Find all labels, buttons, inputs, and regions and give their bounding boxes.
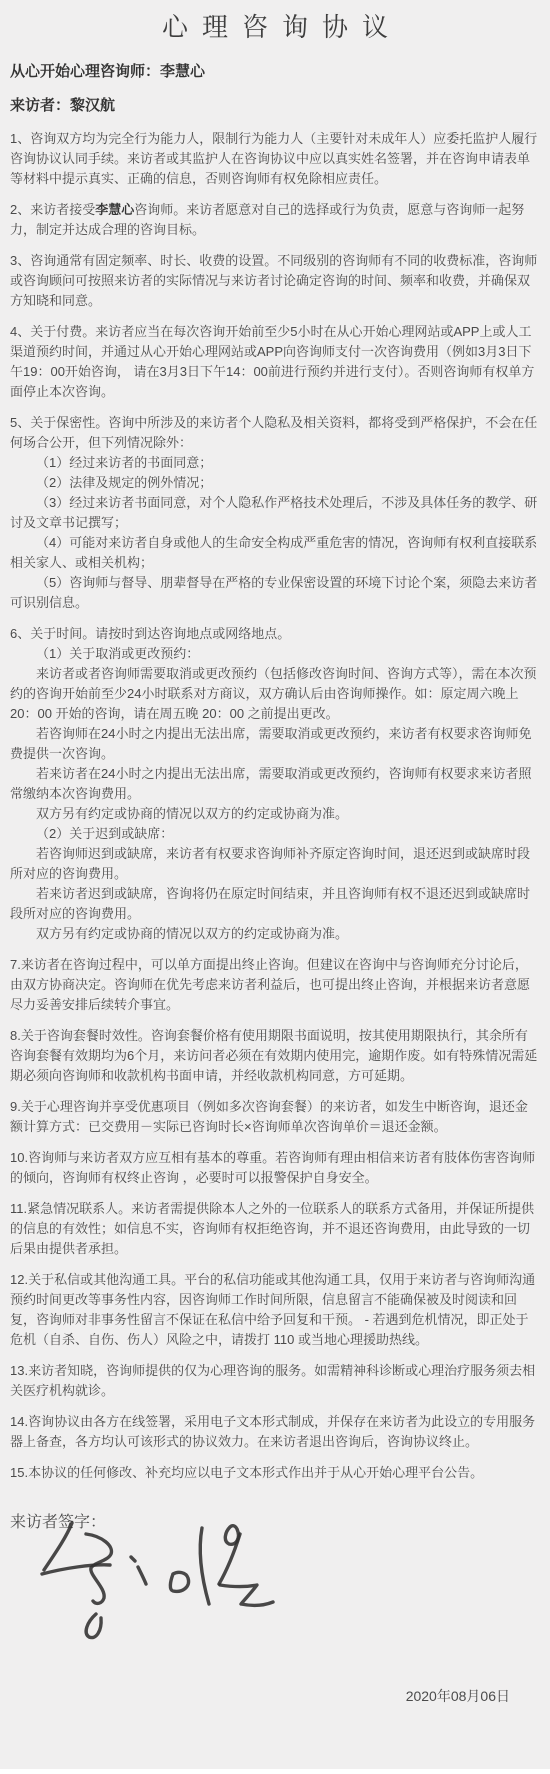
clause-subline: （3）经过来访者书面同意，对个人隐私作严格技术处理后，不涉及具体任务的教学、研讨…	[10, 493, 540, 533]
clause-subline: （2）关于迟到或缺席：	[10, 824, 540, 844]
clause-subline: 若咨询师迟到或缺席，来访者有权要求咨询师补齐原定咨询时间，退还迟到或缺席时段所对…	[10, 844, 540, 884]
signing-date: 2020年08月06日	[406, 1686, 510, 1706]
clause-subline: （1）经过来访者的书面同意；	[10, 453, 540, 473]
clause-subline: （5）咨询师与督导、朋辈督导在严格的专业保密设置的环境下讨论个案，须隐去来访者可…	[10, 573, 540, 613]
clauses: 1、咨询双方均为完全行为能力人，限制行为能力人（主要针对未成年人）应委托监护人履…	[10, 129, 540, 1483]
visitor-name-line: 来访者：黎汉航	[10, 95, 540, 116]
clause-paragraph: 14.咨询协议由各方在线签署，采用电子文本形式制成，并保存在来访者为此设立的专用…	[10, 1412, 540, 1452]
clause-paragraph: 7.来访者在咨询过程中，可以单方面提出终止咨询。但建议在咨询中与咨询师充分讨论后…	[10, 955, 540, 1015]
clause-paragraph: 11.紧急情况联系人。来访者需提供除本人之外的一位联系人的联系方式备用，并保证所…	[10, 1199, 540, 1259]
clause-subline: 双方另有约定或协商的情况以双方的约定或协商为准。	[10, 924, 540, 944]
clause-paragraph: 1、咨询双方均为完全行为能力人，限制行为能力人（主要针对未成年人）应委托监护人履…	[10, 129, 540, 189]
clause-paragraph: 3、咨询通常有固定频率、时长、收费的设置。不同级别的咨询师有不同的收费标准，咨询…	[10, 251, 540, 311]
clause-subline: （1）关于取消或更改预约：	[10, 644, 540, 664]
clause-subline: 若来访者在24小时之内提出无法出席，需要取消或更改预约，咨询师有权要求来访者照常…	[10, 764, 540, 804]
counselor-name-line: 从心开始心理咨询师：李慧心	[10, 61, 540, 82]
clause-subline: 双方另有约定或协商的情况以双方的约定或协商为准。	[10, 804, 540, 824]
counselor-name-emphasis: 李慧心	[95, 202, 134, 217]
clause-group: 6、关于时间。请按时到达咨询地点或网络地点。（1）关于取消或更改预约：来访者或者…	[10, 624, 540, 944]
agreement-page: 心理咨询协议 从心开始心理咨询师：李慧心 来访者：黎汉航 1、咨询双方均为完全行…	[0, 0, 550, 1774]
clause-group: 5、关于保密性。咨询中所涉及的来访者个人隐私及相关资料，都将受到严格保护，不会在…	[10, 413, 540, 613]
clause-paragraph: 9.关于心理咨询并享受优惠项目（例如多次咨询套餐）的来访者，如发生中断咨询，退还…	[10, 1097, 540, 1137]
clause-paragraph: 4、关于付费。来访者应当在每次咨询开始前至少5小时在从心开始心理网站或APP上或…	[10, 322, 540, 402]
page-title: 心理咨询协议	[10, 0, 540, 48]
clause-paragraph: 15.本协议的任何修改、补充均应以电子文本形式作出并于从心开始心理平台公告。	[10, 1463, 540, 1483]
bottom-divider	[0, 1769, 550, 1774]
clause-paragraph: 5、关于保密性。咨询中所涉及的来访者个人隐私及相关资料，都将受到严格保护，不会在…	[10, 413, 540, 453]
handwritten-signature-scribble	[30, 1498, 290, 1658]
agreement-content: 心理咨询协议 从心开始心理咨询师：李慧心 来访者：黎汉航 1、咨询双方均为完全行…	[0, 0, 550, 1532]
clause-subline: 若咨询师在24小时之内提出无法出席，需要取消或更改预约，来访者有权要求咨询师免费…	[10, 724, 540, 764]
clause-subline: 来访者或者咨询师需要取消或更改预约（包括修改咨询时间、咨询方式等），需在本次预约…	[10, 664, 540, 724]
clause-paragraph: 8.关于咨询套餐时效性。咨询套餐价格有使用期限书面说明，按其使用期限执行，其余所…	[10, 1026, 540, 1086]
clause-text: 2、来访者接受	[10, 202, 95, 217]
clause-subline: 若来访者迟到或缺席，咨询将仍在原定时间结束，并且咨询师有权不退还迟到或缺席时段所…	[10, 884, 540, 924]
clause-subline: （4）可能对来访者自身或他人的生命安全构成严重危害的情况，咨询师有权利直接联系相…	[10, 533, 540, 573]
clause-paragraph: 6、关于时间。请按时到达咨询地点或网络地点。	[10, 624, 540, 644]
clause-subline: （2）法律及规定的例外情况；	[10, 473, 540, 493]
clause-paragraph: 10.咨询师与来访者双方应互相有基本的尊重。若咨询师有理由相信来访者有肢体伤害咨…	[10, 1148, 540, 1188]
clause-paragraph: 12.关于私信或其他沟通工具。平台的私信功能或其他沟通工具，仅用于来访者与咨询师…	[10, 1270, 540, 1350]
clause-paragraph: 2、来访者接受李慧心咨询师。来访者愿意对自己的选择或行为负责，愿意与咨询师一起努…	[10, 200, 540, 240]
clause-paragraph: 13.来访者知晓，咨询师提供的仅为心理咨询的服务。如需精神科诊断或心理治疗服务须…	[10, 1361, 540, 1401]
